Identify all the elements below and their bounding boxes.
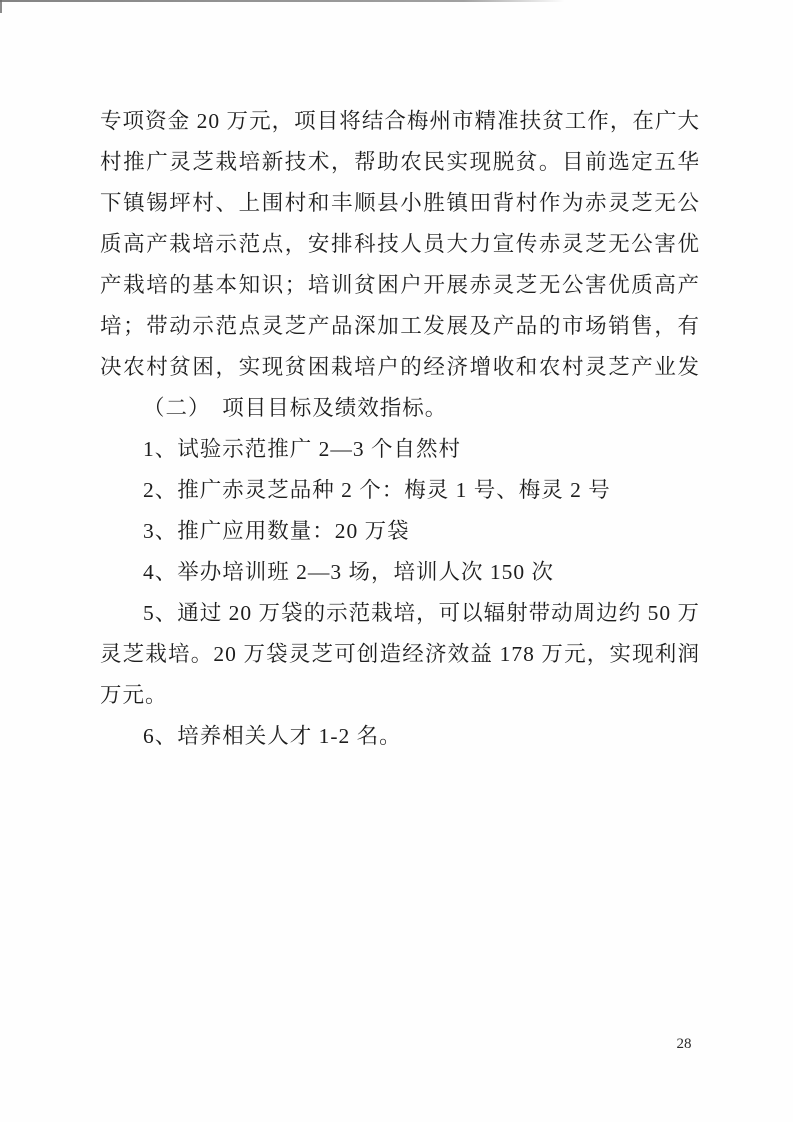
document-body: 专项资金 20 万元，项目将结合梅州市精准扶贫工作，在广大农 村推广灵芝栽培新技… xyxy=(100,101,700,757)
list-item-6: 6、培养相关人才 1-2 名。 xyxy=(100,716,700,757)
list-item-5-line-1: 5、通过 20 万袋的示范栽培，可以辐射带动周边约 50 万袋 xyxy=(100,593,700,634)
page-number: 28 xyxy=(660,1033,708,1055)
list-item-5-line-2: 灵芝栽培。20 万袋灵芝可创造经济效益 178 万元，实现利润 67.2 xyxy=(100,634,700,675)
list-item-3: 3、推广应用数量：20 万袋 xyxy=(100,511,700,552)
paragraph-line-5: 产栽培的基本知识；培训贫困户开展赤灵芝无公害优质高产栽 xyxy=(100,265,700,306)
paragraph-line-7: 决农村贫困，实现贫困栽培户的经济增收和农村灵芝产业发展。 xyxy=(100,347,700,388)
list-item-2: 2、推广赤灵芝品种 2 个：梅灵 1 号、梅灵 2 号 xyxy=(100,470,700,511)
scan-artifact-top-edge xyxy=(0,0,565,2)
scan-artifact-left-edge xyxy=(0,0,2,13)
document-page: 专项资金 20 万元，项目将结合梅州市精准扶贫工作，在广大农 村推广灵芝栽培新技… xyxy=(0,0,793,1122)
paragraph-line-3: 下镇锡坪村、上围村和丰顺县小胜镇田背村作为赤灵芝无公害优 xyxy=(100,183,700,224)
paragraph-line-6: 培；带动示范点灵芝产品深加工发展及产品的市场销售，有效解 xyxy=(100,306,700,347)
list-item-1: 1、试验示范推广 2—3 个自然村 xyxy=(100,429,700,470)
list-item-5-line-3: 万元。 xyxy=(100,675,700,716)
paragraph-line-4: 质高产栽培示范点，安排科技人员大力宣传赤灵芝无公害优质高 xyxy=(100,224,700,265)
list-item-4: 4、举办培训班 2—3 场，培训人次 150 次 xyxy=(100,552,700,593)
paragraph-line-2: 村推广灵芝栽培新技术，帮助农民实现脱贫。目前选定五华县潭 xyxy=(100,142,700,183)
section-heading: （二） 项目目标及绩效指标。 xyxy=(100,388,700,429)
paragraph-line-1: 专项资金 20 万元，项目将结合梅州市精准扶贫工作，在广大农 xyxy=(100,101,700,142)
